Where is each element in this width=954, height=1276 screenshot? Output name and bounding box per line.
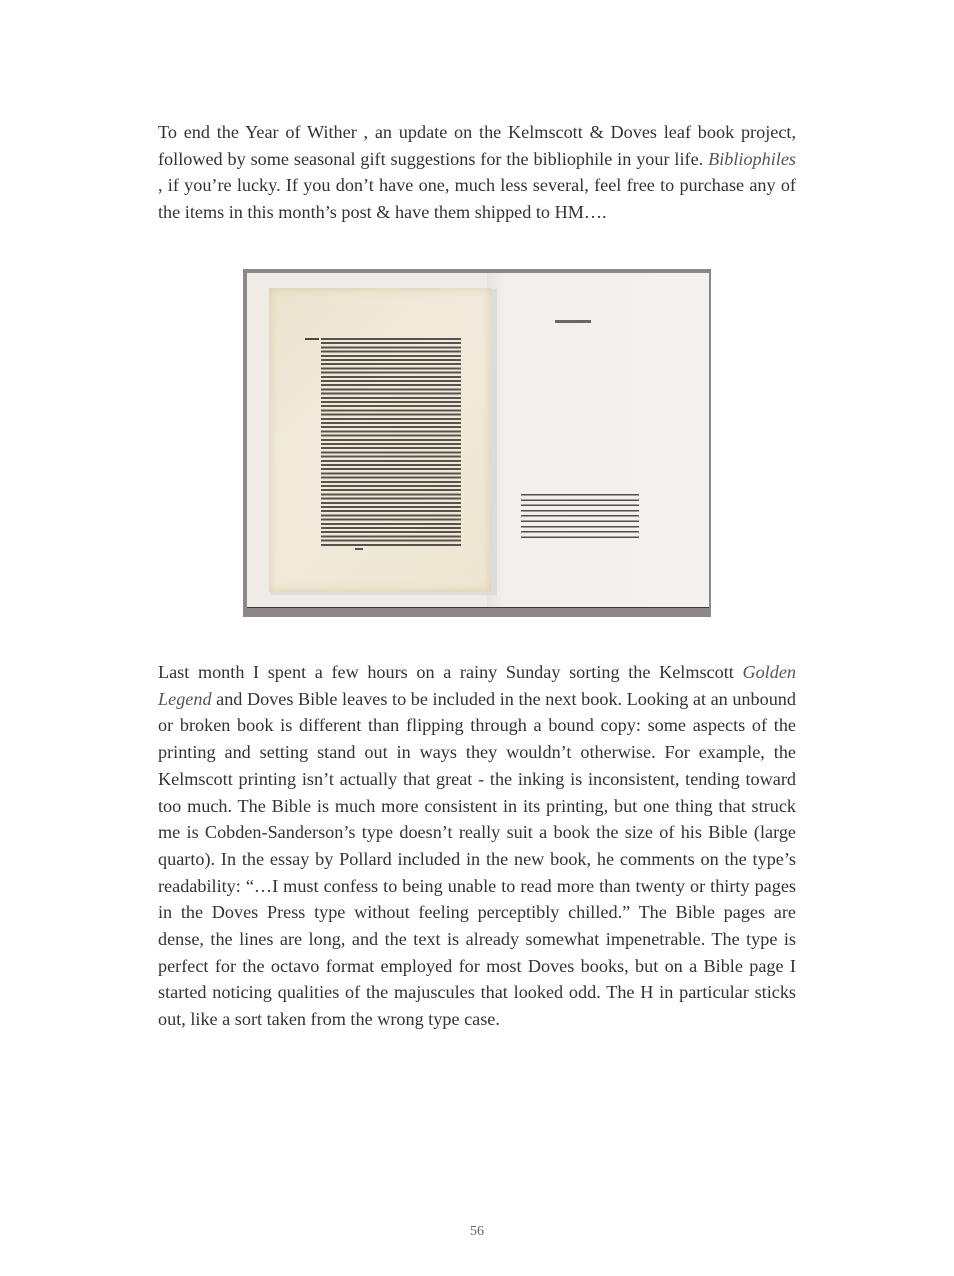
leaf-text-block [321,338,461,546]
intro-text-2: , if you’re lucky. If you don’t have one… [158,175,796,222]
leaf-folio [355,548,363,550]
open-book [247,273,709,608]
document-page: To end the Year of Wither , an update on… [0,0,954,1276]
right-page [487,273,709,607]
body-paragraph: Last month I spent a few hours on a rain… [158,659,796,1033]
page-number: 56 [0,1224,954,1240]
doves-bible-leaf [269,288,491,592]
body-text-2: and Doves Bible leaves to be included in… [158,689,796,1029]
leaf-sidenote [305,338,319,340]
intro-text-1: To end the Year of Wither , an update on… [158,122,796,169]
intro-italic-bibliophiles: Bibliophiles [708,149,796,169]
right-page-header [555,320,591,323]
colophon-text-block [521,494,639,538]
body-text-1: Last month I spent a few hours on a rain… [158,662,742,682]
intro-paragraph: To end the Year of Wither , an update on… [158,119,796,226]
book-spread-photo [243,269,711,617]
